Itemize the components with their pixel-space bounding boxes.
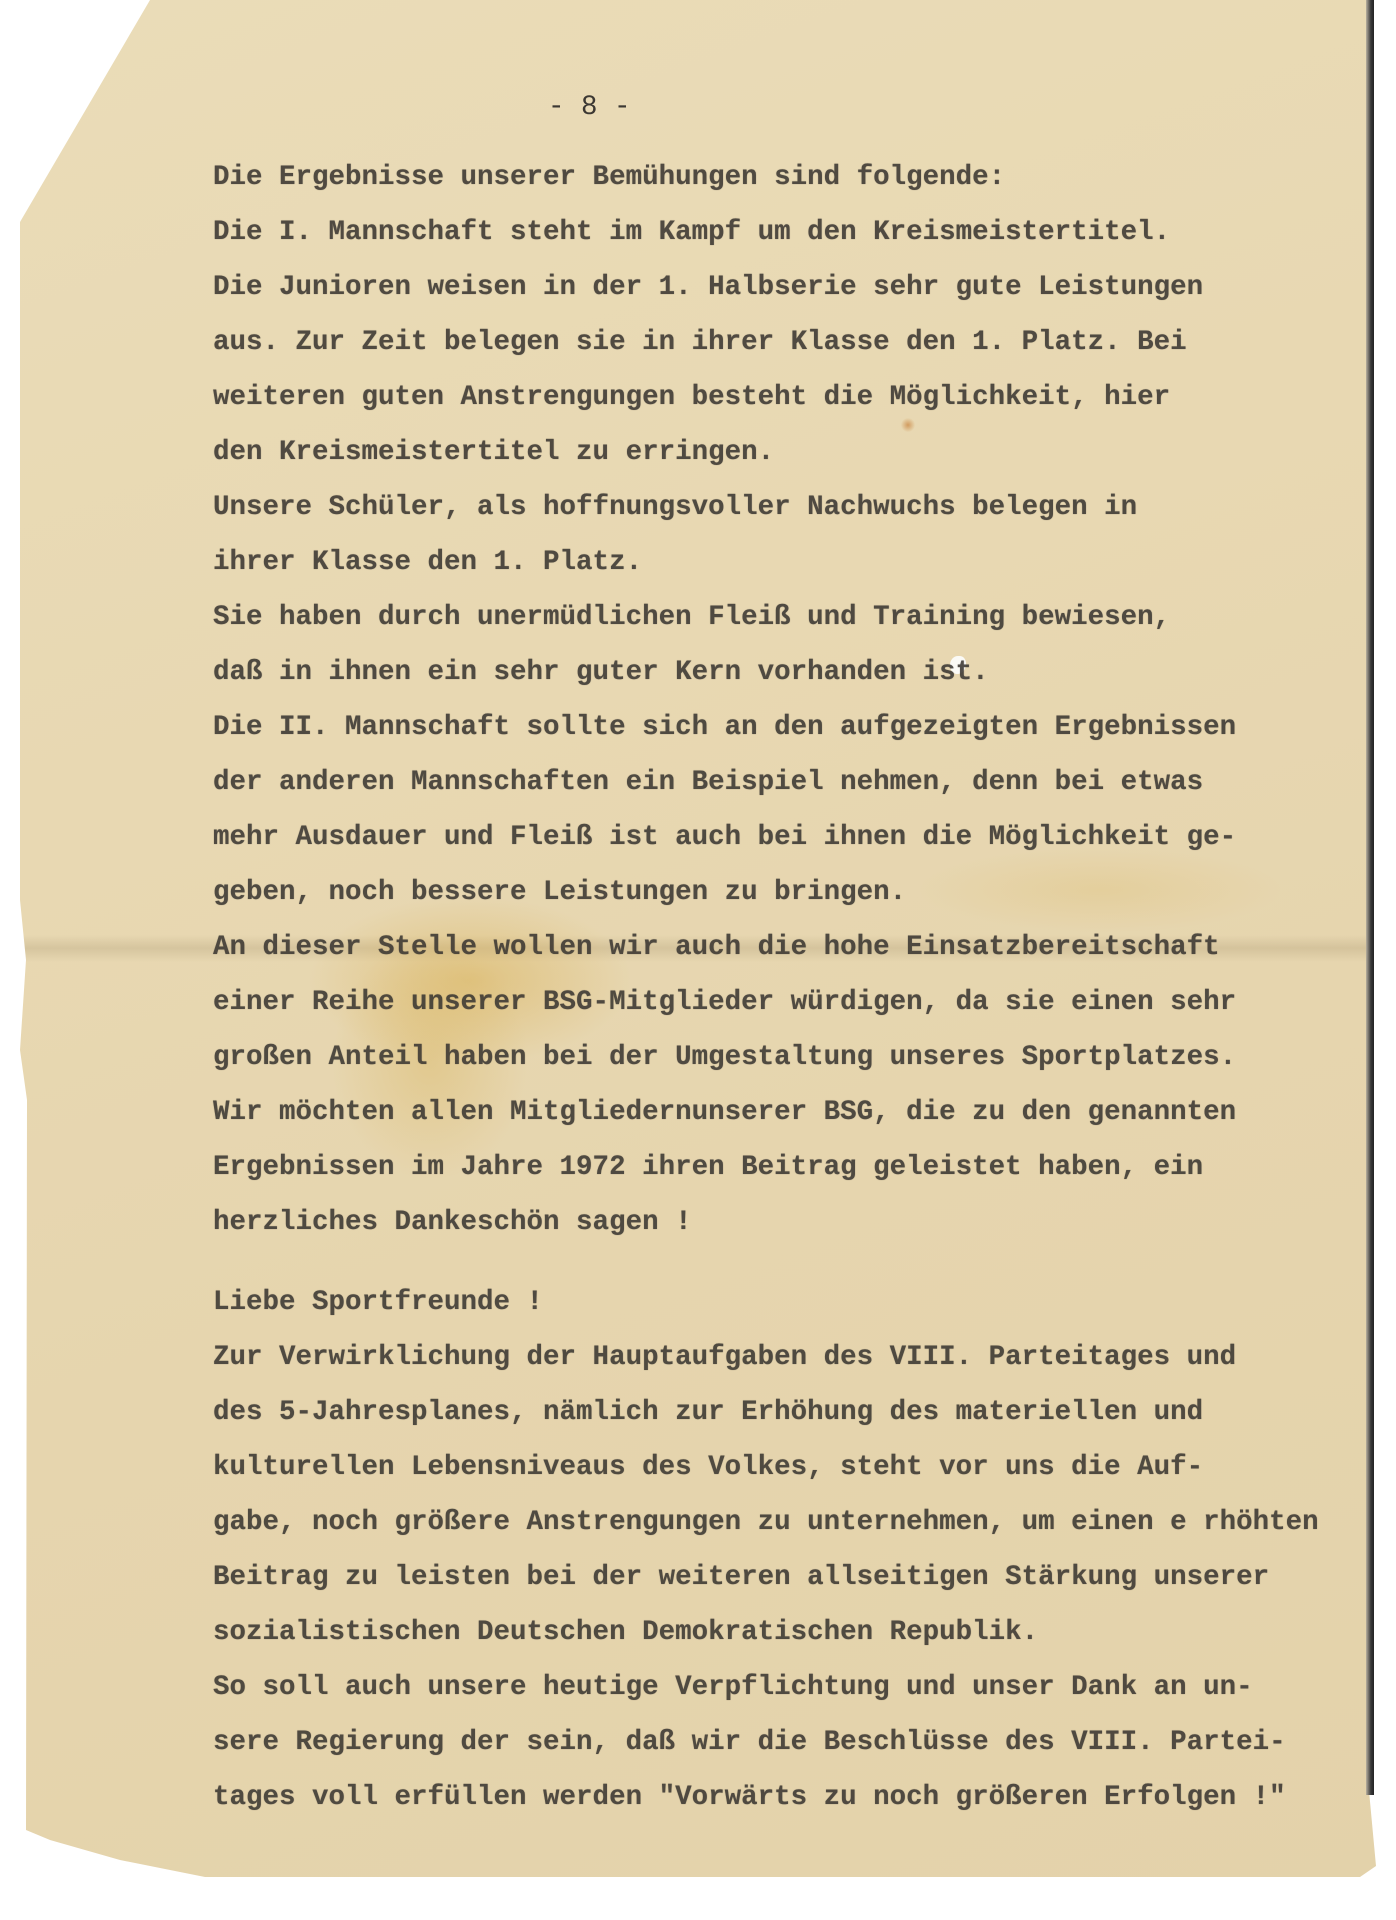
- text-line: den Kreismeistertitel zu erringen.: [213, 433, 1363, 488]
- text-line: sere Regierung der sein, daß wir die Bes…: [213, 1723, 1363, 1778]
- salutation: Liebe Sportfreunde !: [213, 1283, 1363, 1338]
- text-line: einer Reihe unserer BSG-Mitglieder würdi…: [213, 983, 1363, 1038]
- text-line: Zur Verwirklichung der Hauptaufgaben des…: [213, 1338, 1363, 1393]
- text-line: Die Junioren weisen in der 1. Halbserie …: [213, 268, 1363, 323]
- paragraph-spacer: [213, 1258, 1363, 1283]
- text-line: daß in ihnen ein sehr guter Kern vorhand…: [213, 653, 1363, 708]
- text-line: aus. Zur Zeit belegen sie in ihrer Klass…: [213, 323, 1363, 378]
- text-line: Ergebnissen im Jahre 1972 ihren Beitrag …: [213, 1148, 1363, 1203]
- text-line: kulturellen Lebensniveaus des Volkes, st…: [213, 1448, 1363, 1503]
- text-line: gabe, noch größere Anstrengungen zu unte…: [213, 1503, 1363, 1558]
- text-line: Unsere Schüler, als hoffnungsvoller Nach…: [213, 488, 1363, 543]
- text-line: geben, noch bessere Leistungen zu bringe…: [213, 873, 1363, 928]
- text-line: des 5-Jahresplanes, nämlich zur Erhöhung…: [213, 1393, 1363, 1448]
- text-line: Die I. Mannschaft steht im Kampf um den …: [213, 213, 1363, 268]
- page-number: - 8 -: [0, 92, 1396, 123]
- paragraph-address: Liebe Sportfreunde ! Zur Verwirklichung …: [213, 1283, 1363, 1833]
- text-line: Sie haben durch unermüdlichen Fleiß und …: [213, 598, 1363, 653]
- text-line: Wir möchten allen Mitgliedernunserer BSG…: [213, 1093, 1363, 1148]
- text-line: großen Anteil haben bei der Umgestaltung…: [213, 1038, 1363, 1093]
- text-line: mehr Ausdauer und Fleiß ist auch bei ihn…: [213, 818, 1363, 873]
- text-line: sozialistischen Deutschen Demokratischen…: [213, 1613, 1363, 1668]
- text-line: Beitrag zu leisten bei der weiteren alls…: [213, 1558, 1363, 1613]
- text-line: ihrer Klasse den 1. Platz.: [213, 543, 1363, 598]
- text-line: weiteren guten Anstrengungen besteht die…: [213, 378, 1363, 433]
- scan-edge-shadow: [1366, 0, 1374, 1795]
- text-line: herzliches Dankeschön sagen !: [213, 1203, 1363, 1258]
- typed-document-page: - 8 - Die Ergebnisse unserer Bemühungen …: [0, 0, 1396, 1920]
- text-line: So soll auch unsere heutige Verpflichtun…: [213, 1668, 1363, 1723]
- paragraph-results: Die Ergebnisse unserer Bemühungen sind f…: [213, 158, 1363, 1258]
- text-line: Die II. Mannschaft sollte sich an den au…: [213, 708, 1363, 763]
- text-line: An dieser Stelle wollen wir auch die hoh…: [213, 928, 1363, 983]
- text-line: tages voll erfüllen werden "Vorwärts zu …: [213, 1778, 1363, 1833]
- text-line: der anderen Mannschaften ein Beispiel ne…: [213, 763, 1363, 818]
- document-body: Die Ergebnisse unserer Bemühungen sind f…: [213, 158, 1363, 1833]
- text-line: Die Ergebnisse unserer Bemühungen sind f…: [213, 158, 1363, 213]
